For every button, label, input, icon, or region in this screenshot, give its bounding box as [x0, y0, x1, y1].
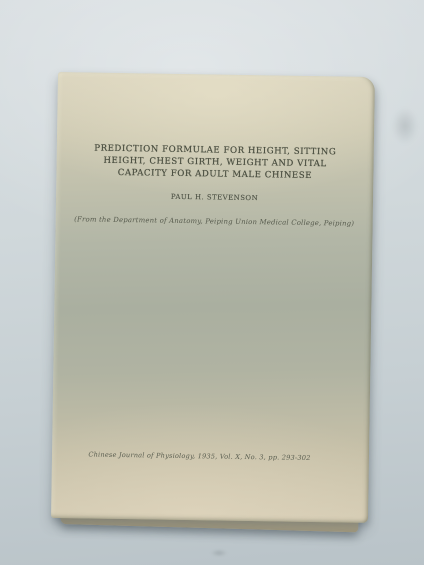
backdrop-smudge	[388, 102, 422, 150]
journal-citation: Chinese Journal of Physiology, 1935, Vol…	[41, 450, 358, 463]
author-name: PAUL H. STEVENSON	[56, 191, 373, 204]
offprint-cover: PREDICTION FORMULAE FOR HEIGHT, SITTING …	[51, 72, 375, 523]
paper-title: PREDICTION FORMULAE FOR HEIGHT, SITTING …	[56, 142, 374, 184]
backdrop-speck	[208, 548, 230, 558]
photo-background: PREDICTION FORMULAE FOR HEIGHT, SITTING …	[0, 0, 424, 565]
affiliation-line: (From the Department of Anatomy, Peiping…	[56, 215, 373, 228]
